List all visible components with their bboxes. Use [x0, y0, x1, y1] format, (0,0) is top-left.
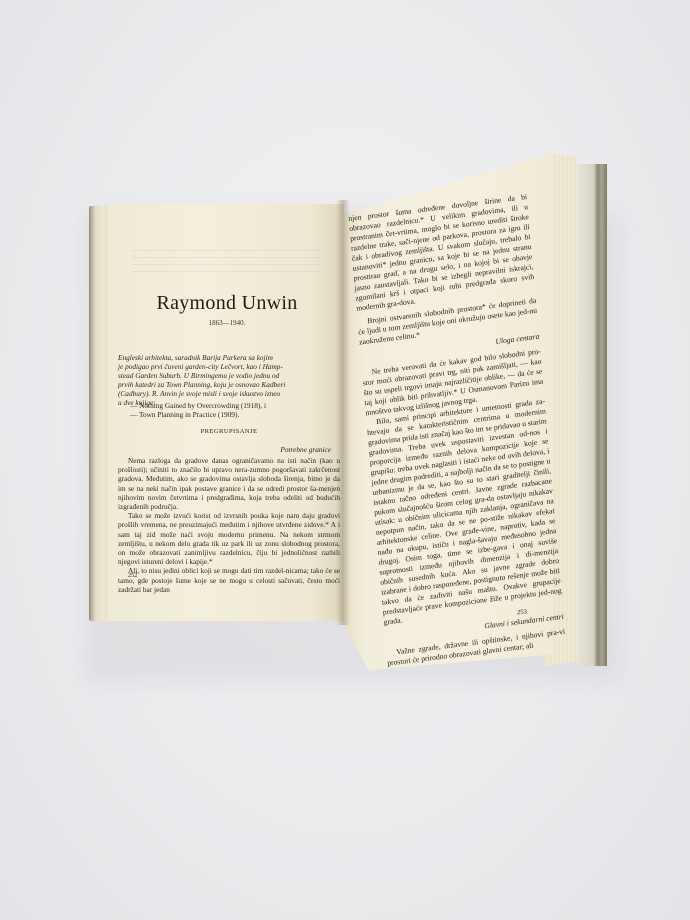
work-item: — Town Planning in Practice (1909). [130, 410, 330, 419]
paragraph: Tako se može izvući korist od izvrsnih p… [118, 511, 340, 566]
subheading: Potrebne granice [118, 445, 331, 454]
paragraph: Bilo, sami principi arhitekture i umetno… [366, 396, 563, 627]
intro-line: prvih katedri za Town Planning, koju je … [118, 380, 340, 389]
left-body-text: Nema razloga da gradove danas ograničava… [118, 456, 340, 594]
chapter-title: Raymond Unwin [118, 292, 336, 315]
intro-line: stead Garden Suburb. U Birmingemu je vod… [118, 371, 340, 380]
right-page-text-block: njen prostor šuma određene dovoljne širi… [348, 192, 562, 623]
paragraph: Nema razloga da gradove danas ograničava… [118, 456, 340, 511]
intro-line: (Cadbury). R. Anvin je svoje misli i svo… [118, 389, 340, 398]
book-cover-edge [577, 164, 607, 666]
life-dates: 1863—1940. [118, 319, 336, 327]
paragraph: njen prostor šuma određene dovoljne širi… [348, 192, 535, 314]
work-item: — Nothing Gained by Overcrowding (1918),… [130, 401, 330, 410]
show-through-text [132, 250, 320, 276]
intro-line: Engleski arhitekta, saradnik Barija Park… [118, 353, 340, 362]
author-intro: Engleski arhitekta, saradnik Barija Park… [118, 353, 340, 407]
page-number-right: 253 [517, 609, 527, 617]
section-heading: PREGRUPISANJE [118, 428, 340, 435]
paragraph: Ali, to nisu jedini oblici koji se mogu … [118, 566, 340, 594]
works-list: — Nothing Gained by Overcrowding (1918),… [130, 401, 330, 419]
page-number-left: 252 [128, 572, 137, 579]
intro-line: je podigao prvi čuveni garden-city Lečvo… [118, 362, 340, 371]
